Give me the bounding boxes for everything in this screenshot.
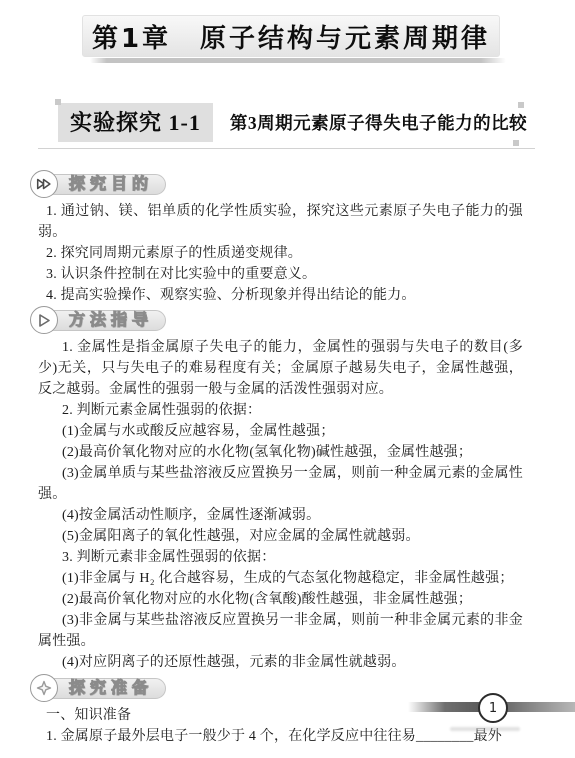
section-title-pill: 方法指导 (44, 310, 166, 331)
paragraph: (2)最高价氧化物对应的水化物(含氧酸)酸性越强，非金属性越强； (38, 589, 523, 610)
section-body-objectives: 1. 通过钠、镁、铝单质的化学性质实验，探究这些元素原子失电子能力的强弱。2. … (38, 201, 523, 306)
page-number: 1 (489, 701, 497, 716)
paragraph: (3)非金属与某些盐溶液反应置换另一非金属，则前一种非金属元素的非金属性强。 (38, 610, 523, 652)
decor-square-icon (513, 140, 519, 146)
section-header-objectives: 探究目的 (30, 170, 575, 198)
paragraph: 1. 通过钠、镁、铝单质的化学性质实验，探究这些元素原子失电子能力的强弱。 (38, 201, 523, 243)
play-icon (30, 306, 58, 334)
chapter-title-bar: 第1章 原子结构与元素周期律 (82, 15, 500, 57)
paragraph: (1)金属与水或酸反应越容易，金属性越强； (38, 421, 523, 442)
paragraph: (1)非金属与 H₂ 化合越容易，生成的气态氢化物越稳定，非金属性越强； (38, 568, 523, 589)
paragraph: 2. 探究同周期元素原子的性质递变规律。 (38, 243, 523, 264)
experiment-title: 第3周期元素原子得失电子能力的比较 (230, 110, 527, 135)
double-play-icon (30, 170, 58, 198)
paragraph: (3)金属单质与某些盐溶液反应置换另一金属，则前一种金属元素的金属性强。 (38, 463, 523, 505)
paragraph: (4)按金属活动性顺序，金属性逐渐减弱。 (38, 505, 523, 526)
experiment-number-badge: 实验探究 1-1 (58, 103, 213, 142)
decor-square-icon (518, 102, 524, 108)
section-title: 方法指导 (69, 312, 153, 328)
section-title-pill: 探究目的 (44, 174, 166, 195)
section-header-guidance: 方法指导 (30, 306, 575, 334)
paragraph: 4. 提高实验操作、观察实验、分析现象并得出结论的能力。 (38, 285, 523, 306)
section-body-guidance: 1. 金属性是指金属原子失电子的能力，金属性的强弱与失电子的数目(多少)无关，只… (38, 337, 523, 673)
paragraph: 2. 判断元素金属性强弱的依据： (38, 400, 523, 421)
chapter-title-shadow (90, 58, 506, 63)
section-title: 探究目的 (69, 176, 153, 192)
experiment-header: 实验探究 1-1 第3周期元素原子得失电子能力的比较 (38, 103, 535, 142)
four-point-star-icon (30, 674, 58, 702)
page-number-badge: 1 (478, 693, 508, 723)
paragraph: (2)最高价氧化物对应的水化物(氢氧化物)碱性越强，金属性越强； (38, 442, 523, 463)
chapter-title: 第1章 原子结构与元素周期律 (92, 18, 490, 55)
paragraph: (4)对应阴离子的还原性越强，元素的非金属性就越弱。 (38, 652, 523, 673)
chapter-banner: 第1章 原子结构与元素周期律 (0, 0, 575, 63)
textbook-page: { "chapter_header": { "title": "第1章 原子结构… (0, 0, 575, 758)
section-title-pill: 探究准备 (44, 678, 166, 699)
paragraph: 3. 判断元素非金属性强弱的依据： (38, 547, 523, 568)
paragraph: 3. 认识条件控制在对比实验中的重要意义。 (38, 264, 523, 285)
section-title: 探究准备 (69, 680, 153, 696)
decor-square-icon (55, 99, 61, 105)
paragraph: (5)金属阳离子的氧化性越强，对应金属的金属性就越弱。 (38, 526, 523, 547)
header-divider (38, 148, 535, 149)
paragraph: 1. 金属性是指金属原子失电子的能力，金属性的强弱与失电子的数目(多少)无关，只… (38, 337, 523, 400)
footer-shadow (450, 727, 520, 731)
